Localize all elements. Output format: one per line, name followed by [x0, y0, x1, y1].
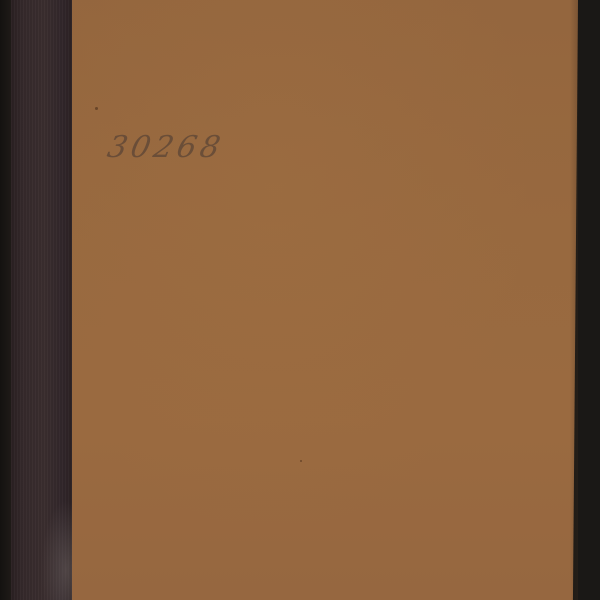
- stain-spot: [300, 460, 302, 462]
- book-spine: [11, 0, 72, 600]
- book-cover: [72, 0, 578, 600]
- handwritten-catalog-number: 30268: [104, 130, 227, 165]
- background-right-edge: [578, 0, 600, 600]
- stain-spot: [95, 107, 98, 110]
